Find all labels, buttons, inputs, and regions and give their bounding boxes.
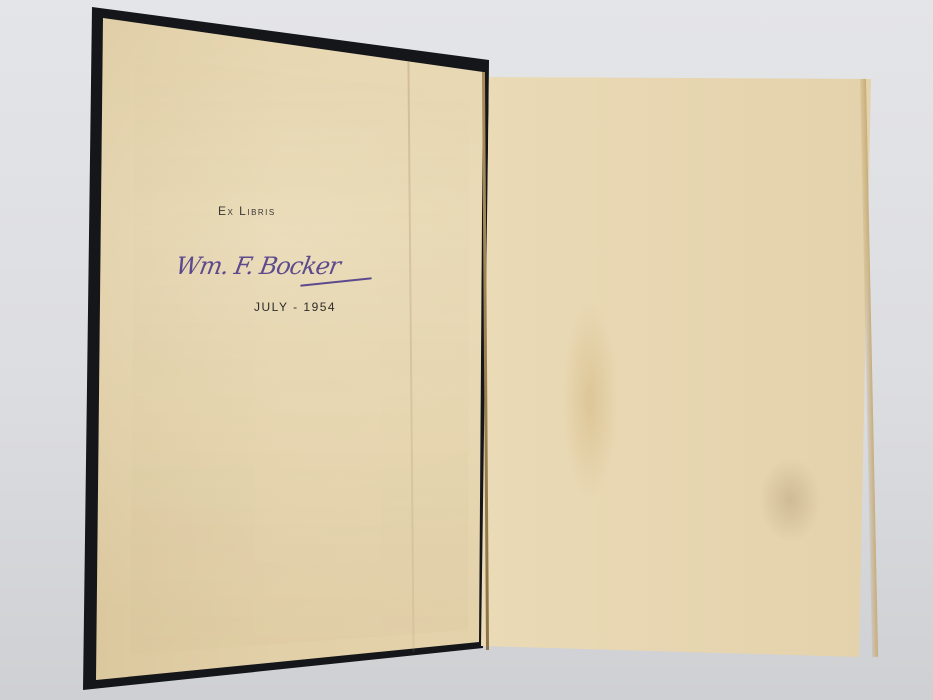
inscription-date: JULY - 1954 — [254, 300, 336, 314]
owner-signature: Wm. F. Bocker — [174, 252, 343, 280]
open-book-photo: Ex Libris Wm. F. Bocker JULY - 1954 — [0, 0, 933, 700]
ex-libris-heading: Ex Libris — [218, 204, 276, 218]
ownership-inscription: Ex Libris Wm. F. Bocker JULY - 1954 — [0, 0, 933, 700]
